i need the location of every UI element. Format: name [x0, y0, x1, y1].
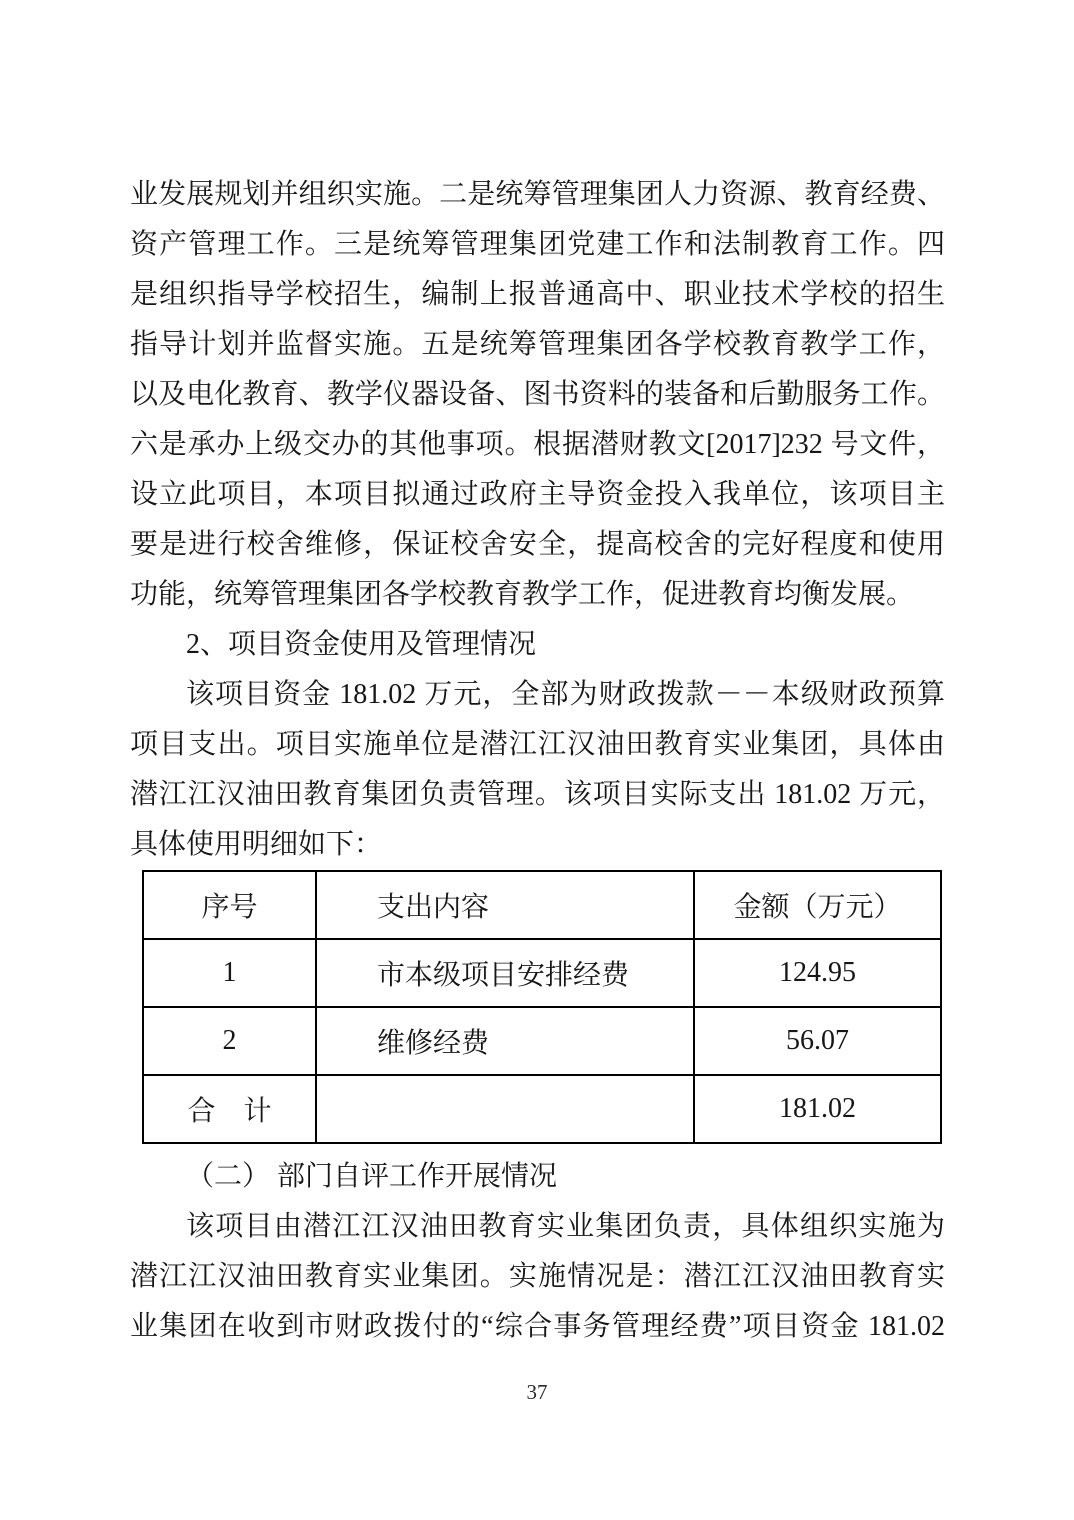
- body-line: 设立此项目，本项目拟通过政府主导资金投入我单位，该项目主: [130, 470, 945, 520]
- cell-index: 2: [143, 1007, 316, 1075]
- document-body-upper: 业发展规划并组织实施。二是统筹管理集团人力资源、教育经费、 资产管理工作。三是统…: [130, 170, 945, 870]
- expense-table-container: 序号 支出内容 金额（万元） 1 市本级项目安排经费 124.95 2 维修经费…: [142, 870, 942, 1144]
- document-page: 业发展规划并组织实施。二是统筹管理集团人力资源、教育经费、 资产管理工作。三是统…: [0, 0, 1074, 1520]
- table-row: 1 市本级项目安排经费 124.95: [143, 939, 941, 1007]
- body-line: 资产管理工作。三是统筹管理集团党建工作和法制教育工作。四: [130, 220, 945, 270]
- document-body-lower: （二） 部门自评工作开展情况 该项目由潜江江汉油田教育实业集团负责，具体组织实施…: [130, 1152, 945, 1352]
- body-line: 潜江江汉油田教育集团负责管理。该项目实际支出 181.02 万元，: [130, 770, 945, 820]
- section-heading-self-evaluation: （二） 部门自评工作开展情况: [130, 1152, 945, 1202]
- header-cell-content: 支出内容: [316, 871, 694, 939]
- body-line: 具体使用明细如下：: [130, 820, 945, 870]
- header-cell-amount: 金额（万元）: [694, 871, 941, 939]
- page-number: 37: [0, 1380, 1074, 1405]
- body-line: 业集团在收到市财政拨付的“综合事务管理经费”项目资金 181.02: [130, 1302, 945, 1352]
- cell-content: 维修经费: [316, 1007, 694, 1075]
- header-cell-index: 序号: [143, 871, 316, 939]
- body-line: 该项目资金 181.02 万元，全部为财政拨款－－本级财政预算: [130, 670, 945, 720]
- body-line: 业发展规划并组织实施。二是统筹管理集团人力资源、教育经费、: [130, 170, 945, 220]
- body-line: 潜江江汉油田教育实业集团。实施情况是：潜江江汉油田教育实: [130, 1252, 945, 1302]
- table-total-row: 合 计 181.02: [143, 1075, 941, 1143]
- body-line: 六是承办上级交办的其他事项。根据潜财教文[2017]232 号文件，: [130, 420, 945, 470]
- cell-amount: 124.95: [694, 939, 941, 1007]
- body-line: 指导计划并监督实施。五是统筹管理集团各学校教育教学工作，: [130, 320, 945, 370]
- section-heading-funds: 2、项目资金使用及管理情况: [130, 620, 945, 670]
- table-header-row: 序号 支出内容 金额（万元）: [143, 871, 941, 939]
- cell-content-empty: [316, 1075, 694, 1143]
- cell-total-label: 合 计: [143, 1075, 316, 1143]
- body-line: 以及电化教育、教学仪器设备、图书资料的装备和后勤服务工作。: [130, 370, 945, 420]
- body-line: 功能，统筹管理集团各学校教育教学工作，促进教育均衡发展。: [130, 570, 945, 620]
- cell-content: 市本级项目安排经费: [316, 939, 694, 1007]
- body-line: 要是进行校舍维修，保证校舍安全，提高校舍的完好程度和使用: [130, 520, 945, 570]
- body-line: 是组织指导学校招生，编制上报普通高中、职业技术学校的招生: [130, 270, 945, 320]
- cell-total-amount: 181.02: [694, 1075, 941, 1143]
- cell-index: 1: [143, 939, 316, 1007]
- expense-table: 序号 支出内容 金额（万元） 1 市本级项目安排经费 124.95 2 维修经费…: [142, 870, 942, 1144]
- body-line: 项目支出。项目实施单位是潜江江汉油田教育实业集团，具体由: [130, 720, 945, 770]
- body-line: 该项目由潜江江汉油田教育实业集团负责，具体组织实施为: [130, 1202, 945, 1252]
- cell-amount: 56.07: [694, 1007, 941, 1075]
- table-row: 2 维修经费 56.07: [143, 1007, 941, 1075]
